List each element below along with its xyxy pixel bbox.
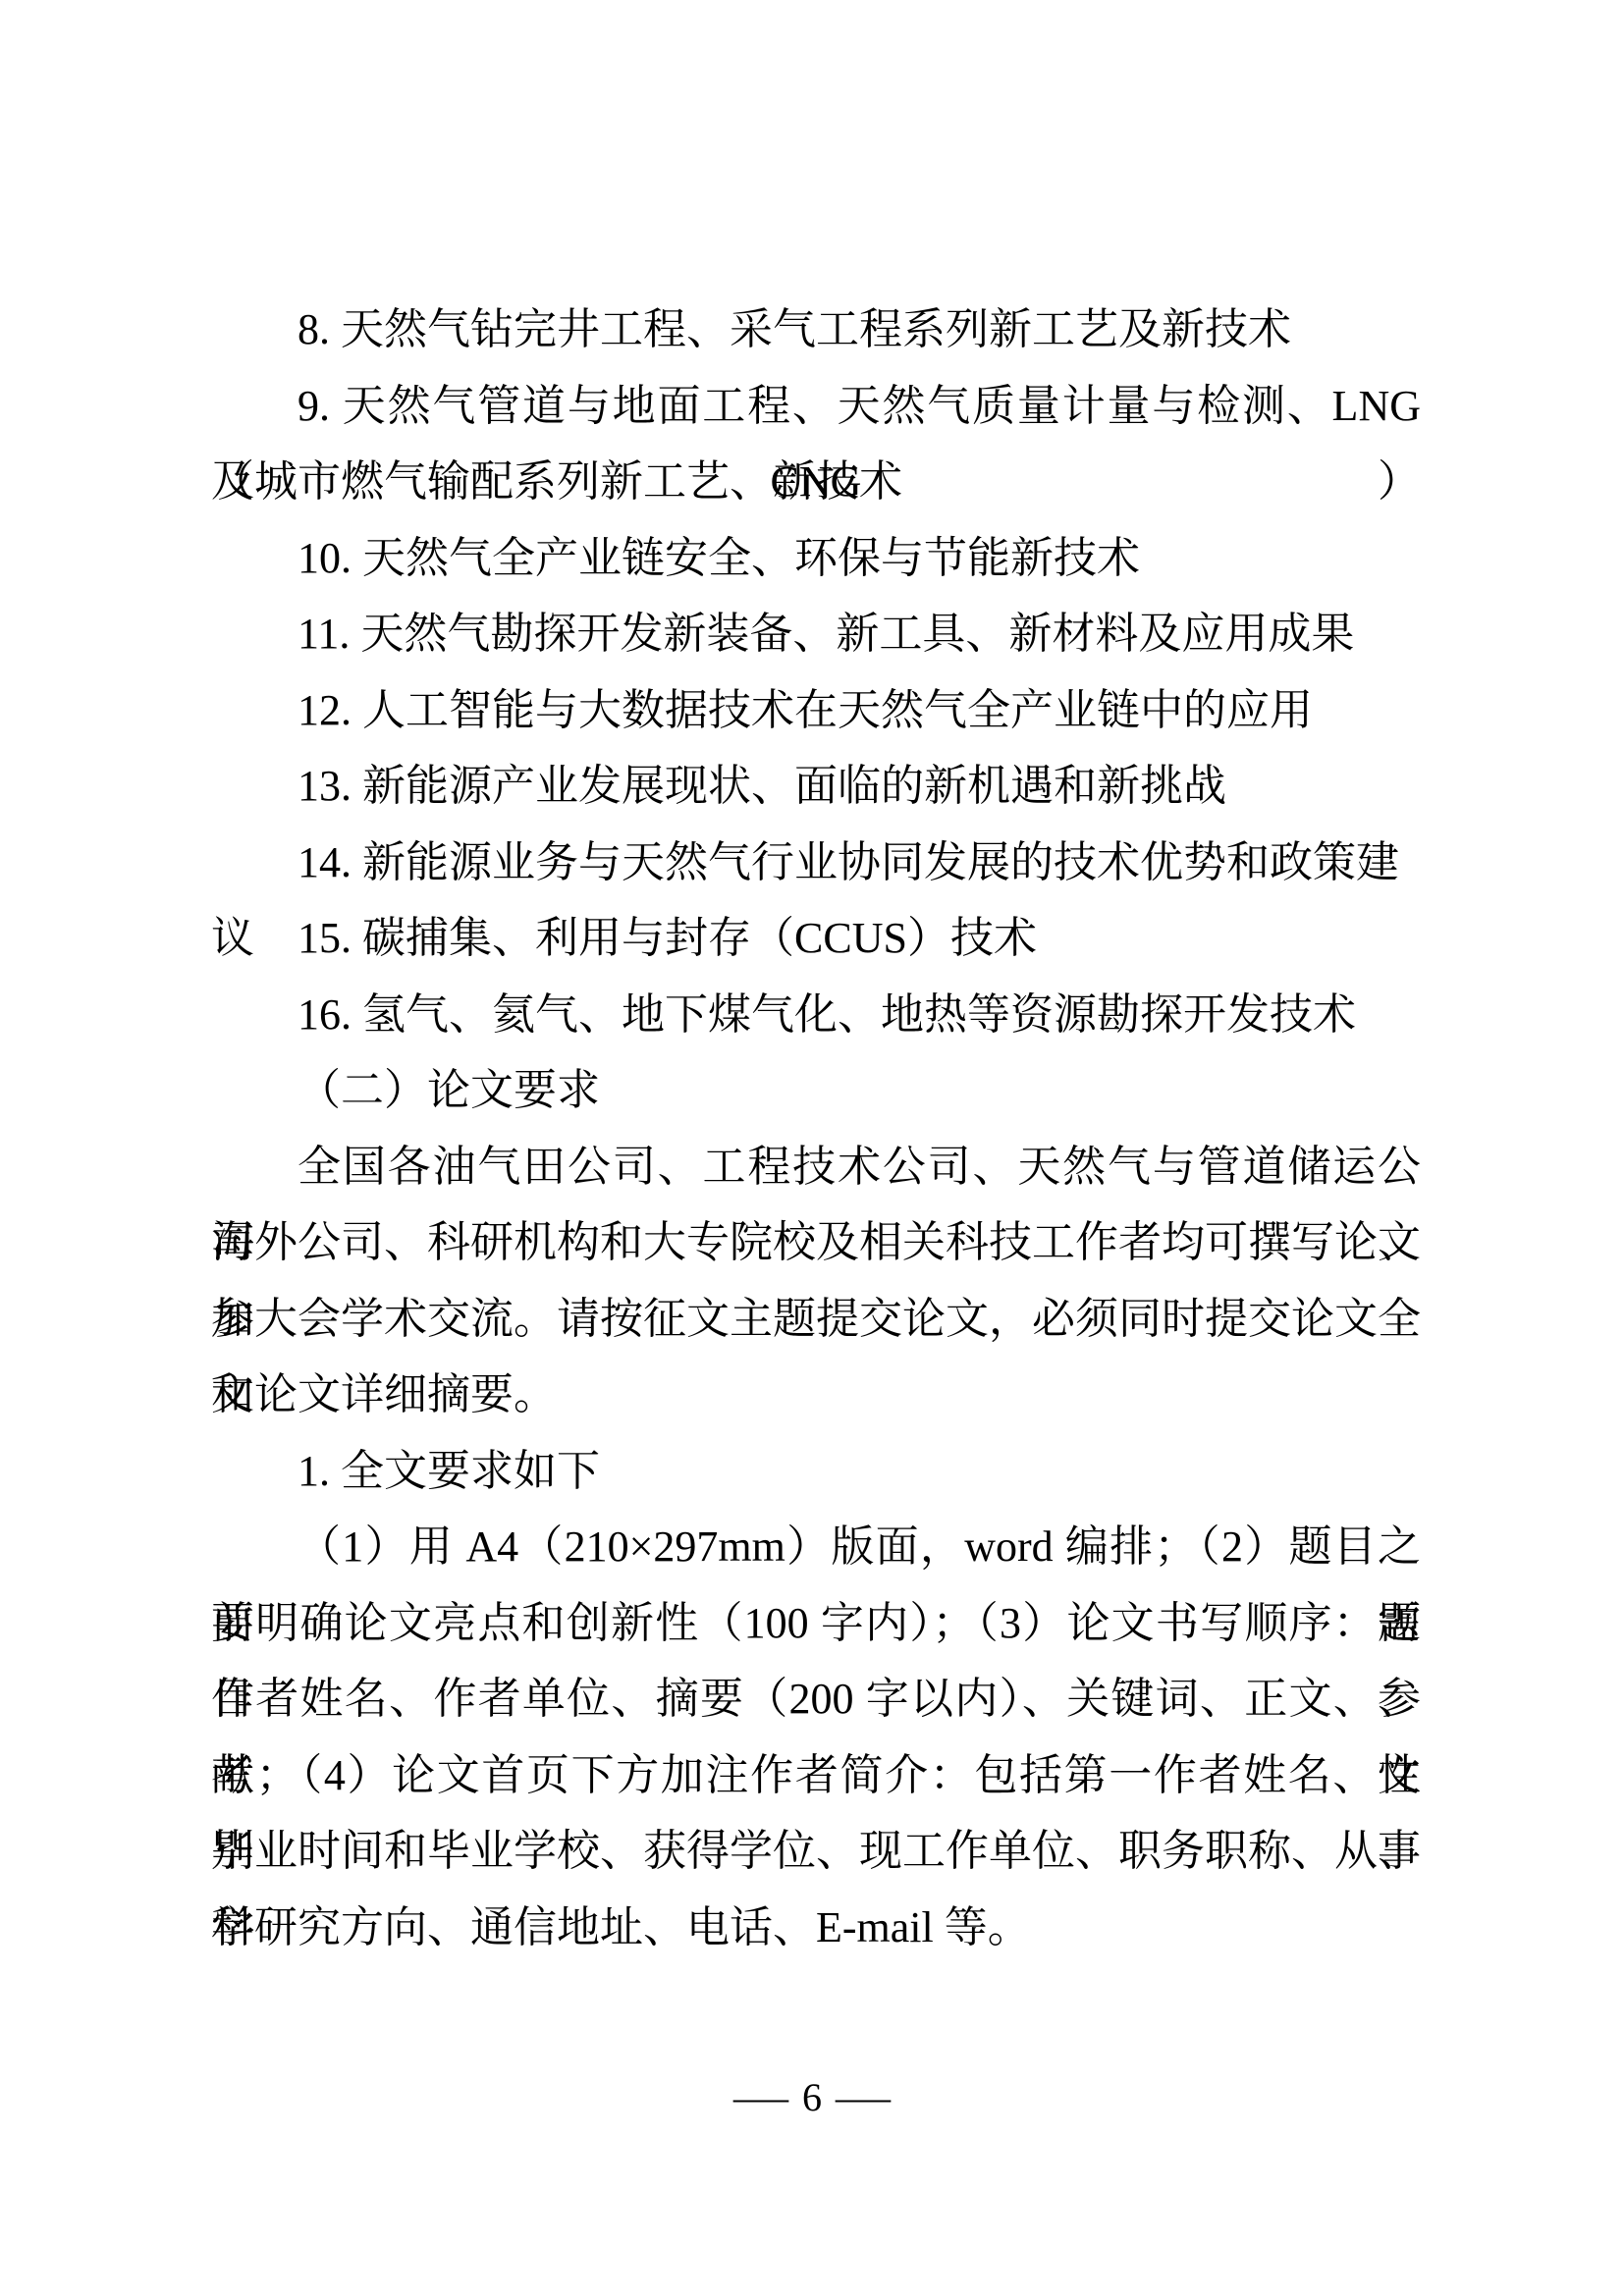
text-line: 要明确论文亮点和创新性（100 字内）；（3）论文书写顺序：题目、: [211, 1585, 1421, 1662]
text-line: 10. 天然气全产业链安全、环保与节能新技术: [211, 520, 1421, 597]
text-line: 13. 新能源产业发展现状、面临的新机遇和新挑战: [211, 748, 1421, 825]
text-line: 14. 新能源业务与天然气行业协同发展的技术优势和政策建议: [211, 825, 1421, 901]
text-line: 1. 全文要求如下: [211, 1433, 1421, 1510]
text-line: 12. 人工智能与大数据技术在天然气全产业链中的应用: [211, 672, 1421, 749]
text-line: （1）用 A4（210×297mm）版面，word 编排；（2）题目之前需: [211, 1509, 1421, 1585]
footer-dash-right: —: [836, 2068, 891, 2127]
page-footer: —6—: [0, 2068, 1624, 2127]
text-line: 毕业时间和毕业学校、获得学位、现工作单位、职务职称、从事学: [211, 1813, 1421, 1890]
text-line: 科研究方向、通信地址、电话、E-mail 等。: [211, 1890, 1421, 1966]
text-line: 15. 碳捕集、利用与封存（CCUS）技术: [211, 900, 1421, 977]
text-line: 作者姓名、作者单位、摘要（200 字以内）、关键词、正文、参考文: [211, 1661, 1421, 1737]
footer-dash-left: —: [733, 2068, 788, 2127]
text-line: 加大会学术交流。请按征文主题提交论文，必须同时提交论文全文: [211, 1281, 1421, 1358]
text-line: 和论文详细摘要。: [211, 1357, 1421, 1433]
text-line: 16. 氢气、氦气、地下煤气化、地热等资源勘探开发技术: [211, 977, 1421, 1053]
text-line: 11. 天然气勘探开发新装备、新工具、新材料及应用成果: [211, 596, 1421, 672]
document-body: 8. 天然气钻完井工程、采气工程系列新工艺及新技术9. 天然气管道与地面工程、天…: [211, 292, 1421, 1965]
text-line: 海外公司、科研机构和大专院校及相关科技工作者均可撰写论文参: [211, 1204, 1421, 1281]
text-line: 8. 天然气钻完井工程、采气工程系列新工艺及新技术: [211, 292, 1421, 368]
section-heading: （二）论文要求: [211, 1052, 1421, 1129]
text-line: 献；（4）论文首页下方加注作者简介：包括第一作者姓名、性别、: [211, 1737, 1421, 1814]
document-page: 8. 天然气钻完井工程、采气工程系列新工艺及新技术9. 天然气管道与地面工程、天…: [0, 0, 1624, 2296]
page-number: 6: [802, 2068, 822, 2127]
text-line: 9. 天然气管道与地面工程、天然气质量计量与检测、LNG（CNG）: [211, 368, 1421, 445]
text-line: 全国各油气田公司、工程技术公司、天然气与管道储运公司、: [211, 1129, 1421, 1205]
